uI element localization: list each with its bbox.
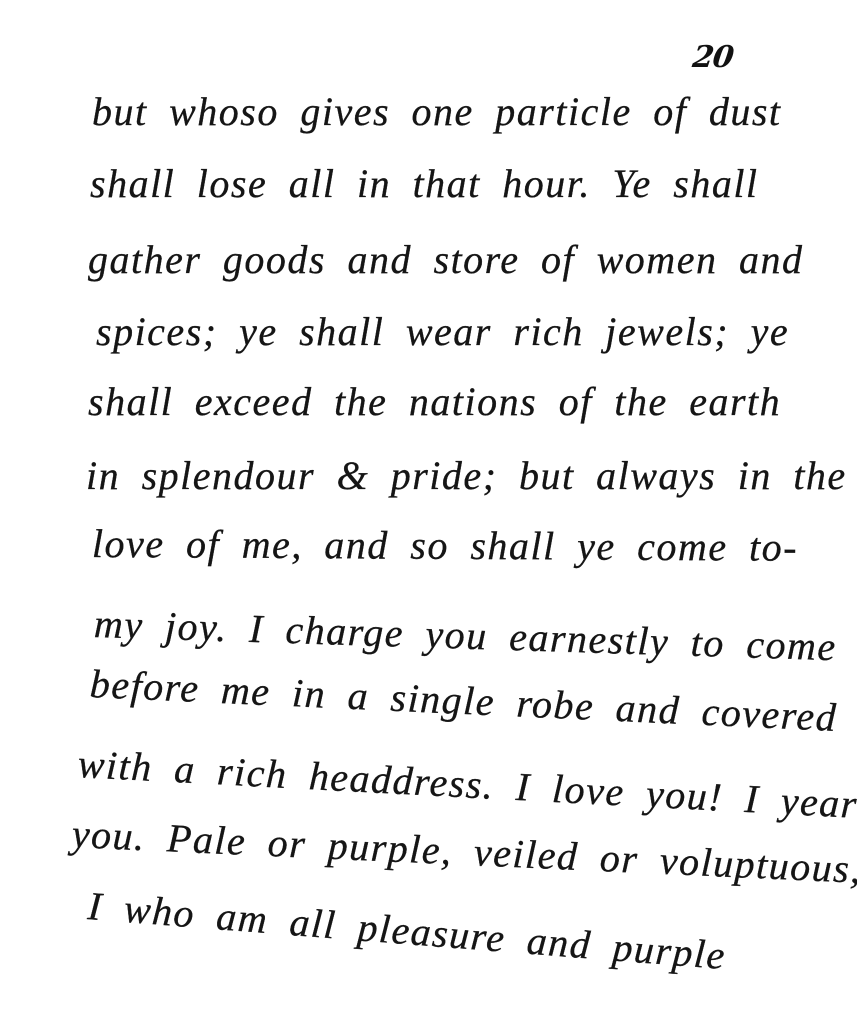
manuscript-line-3: gather goods and store of women and [88,236,803,283]
manuscript-line-4: spices; ye shall wear rich jewels; ye [96,308,789,355]
manuscript-line-12: I who am all pleasure and purple [86,882,728,979]
manuscript-line-11: you. Pale or purple, veiled or voluptuou… [71,810,857,893]
page-number: 20 [691,40,736,75]
manuscript-line-8: my joy. I charge you earnestly to come [93,600,837,670]
manuscript-line-9: before me in a single robe and covered [89,660,838,741]
manuscript-line-6: in splendour & pride; but always in the [86,452,847,499]
manuscript-line-2: shall lose all in that hour. Ye shall [90,160,759,207]
manuscript-line-7: love of me, and so shall ye come to- [92,520,798,571]
manuscript-line-5: shall exceed the nations of the earth [88,378,781,425]
manuscript-line-1: but whoso gives one particle of dust [92,88,782,135]
manuscript-page: 20 but whoso gives one particle of dust … [0,0,857,1024]
